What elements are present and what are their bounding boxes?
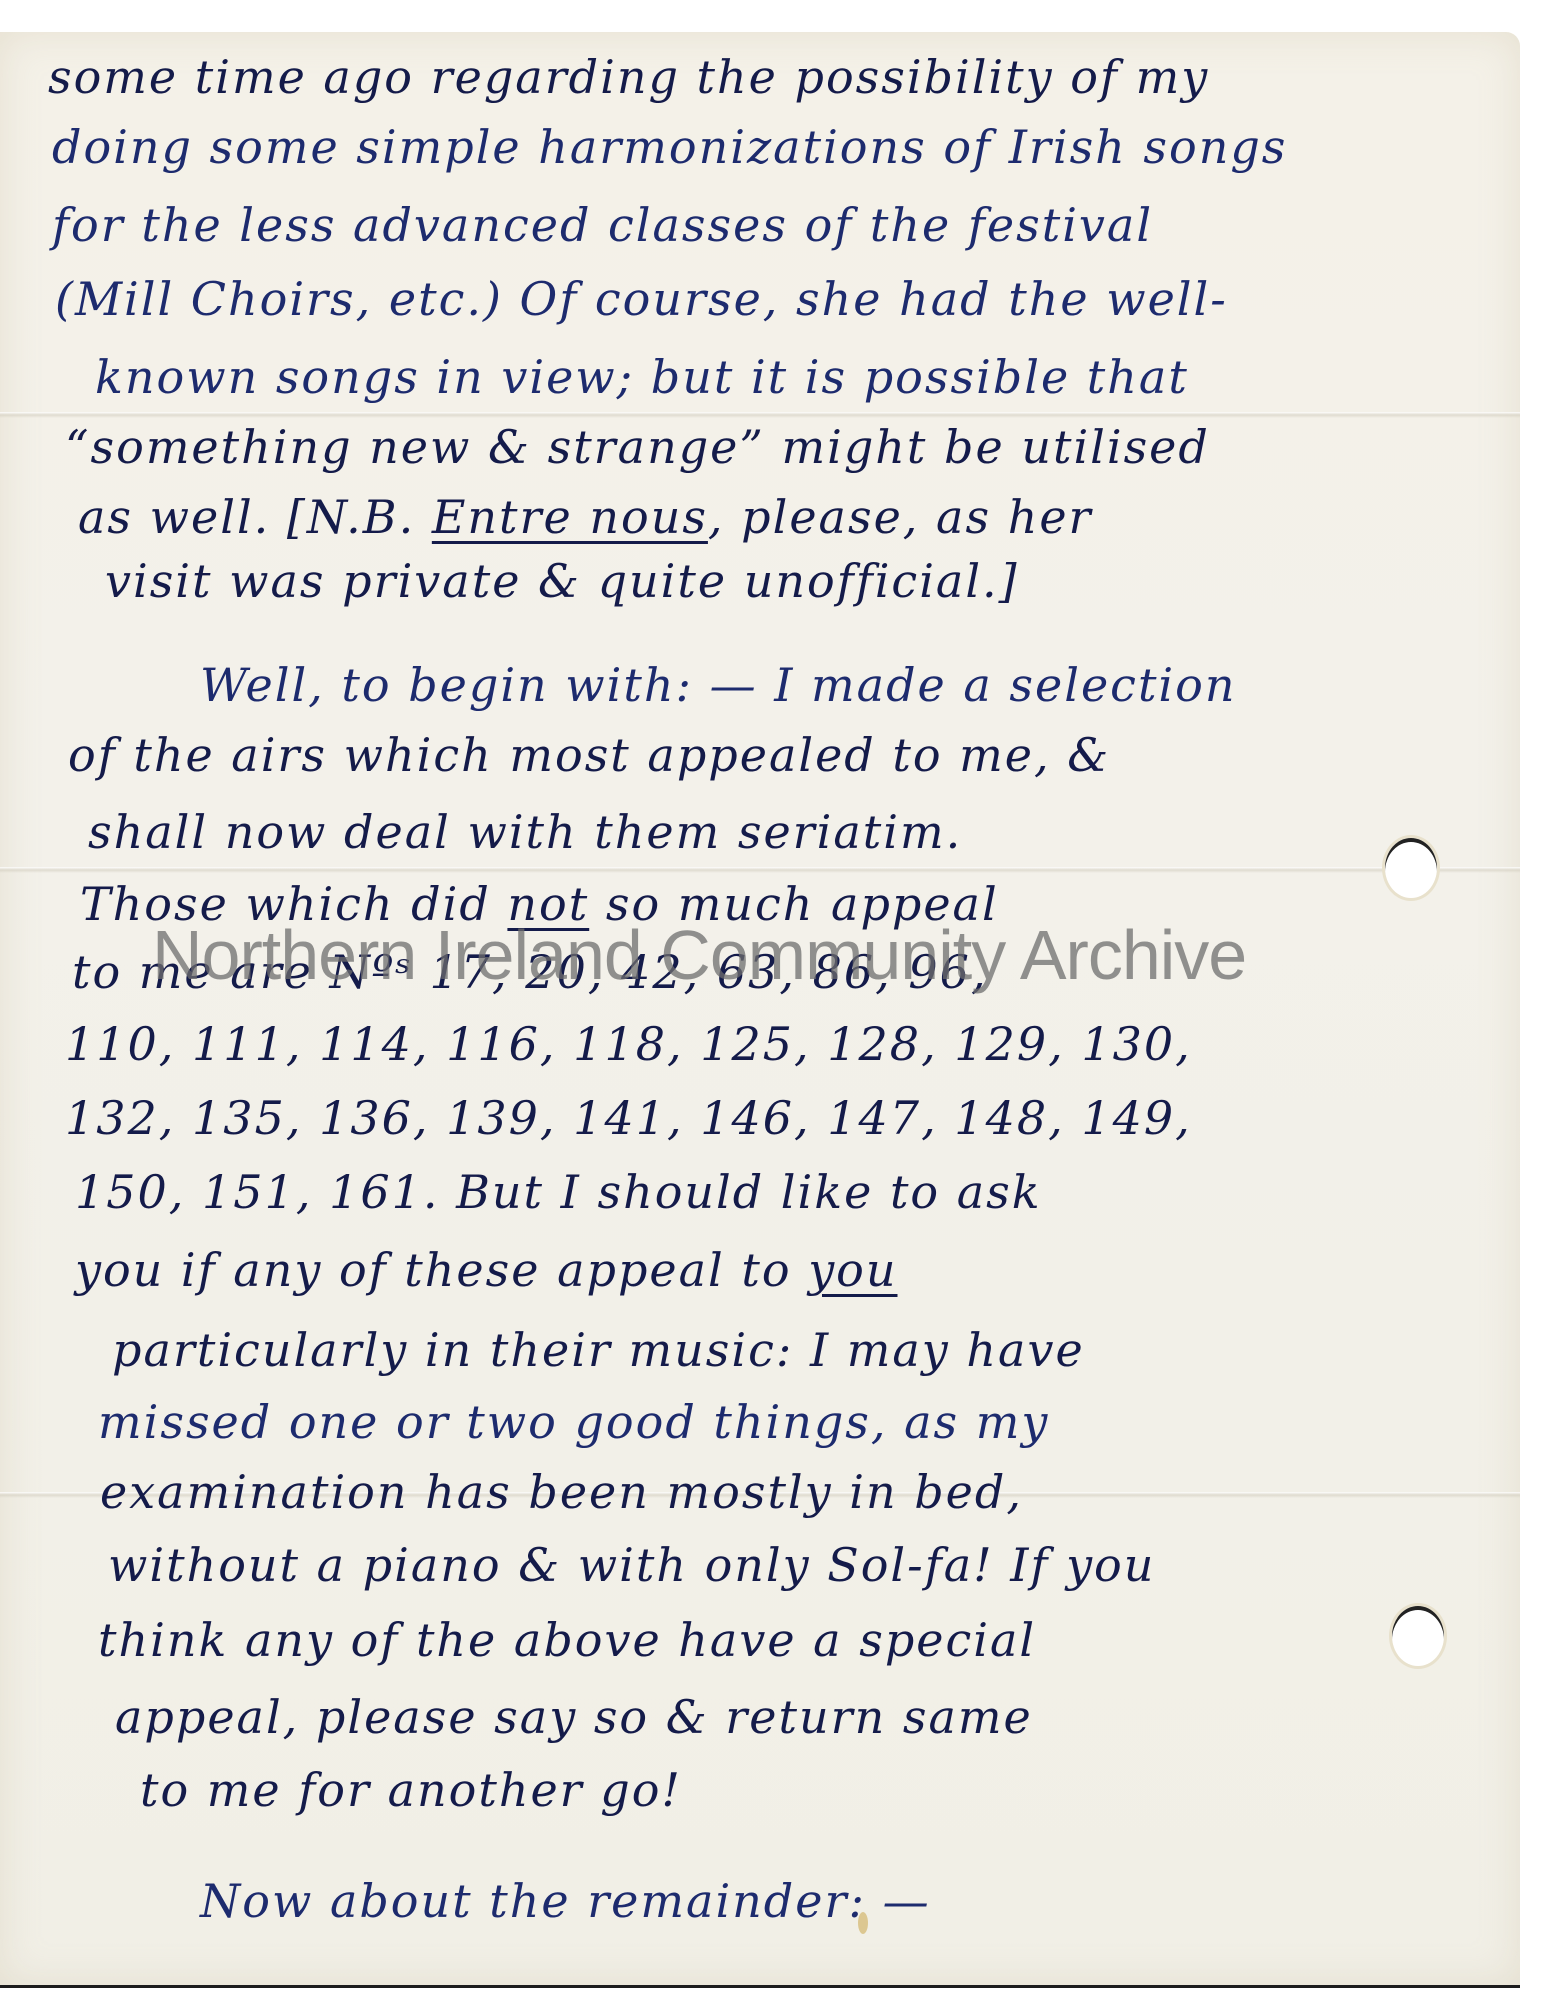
letter-line-24: to me for another go! (140, 1763, 682, 1817)
punch-hole (1385, 838, 1437, 898)
letter-line-25: Now about the remainder: — (200, 1874, 931, 1928)
letter-line-6: “something new & strange” might be utili… (65, 420, 1210, 474)
letter-line-10: of the airs which most appealed to me, & (68, 728, 1110, 782)
letter-line-5: known songs in view; but it is possible … (95, 350, 1189, 404)
letter-line-23: appeal, please say so & return same (115, 1690, 1033, 1744)
underlined-you: you (808, 1243, 897, 1297)
paper-fold-crease (0, 867, 1520, 873)
punch-hole (1392, 1606, 1444, 1666)
letter-line-15: 132, 135, 136, 139, 141, 146, 147, 148, … (65, 1091, 1192, 1145)
underlined-entre-nous: Entre nous (432, 490, 708, 544)
letter-line-9: Well, to begin with: — I made a selectio… (200, 658, 1236, 712)
letter-line-14: 110, 111, 114, 116, 118, 125, 128, 129, … (65, 1017, 1192, 1071)
letter-line-7: as well. [N.B. Entre nous, please, as he… (78, 490, 1093, 544)
letter-line-16: 150, 151, 161. But I should like to ask (75, 1165, 1042, 1219)
letter-line-18: particularly in their music: I may have (112, 1323, 1085, 1377)
paper-fold-crease (0, 412, 1520, 418)
letter-line-4: (Mill Choirs, etc.) Of course, she had t… (55, 272, 1228, 326)
letter-line-22: think any of the above have a special (98, 1613, 1036, 1667)
letter-line-11: shall now deal with them seriatim. (88, 805, 962, 859)
letter-line-20: examination has been mostly in bed, (100, 1465, 1023, 1519)
letter-line-17: you if any of these appeal to you (75, 1243, 898, 1297)
archive-watermark: Northern Ireland Community Archive (152, 915, 1382, 995)
letter-line-3: for the less advanced classes of the fes… (52, 198, 1153, 252)
letter-line-19: missed one or two good things, as my (98, 1395, 1049, 1449)
letter-line-8: visit was private & quite unofficial.] (105, 554, 1019, 608)
letter-line-1: some time ago regarding the possibility … (48, 50, 1209, 104)
letter-line-2: doing some simple harmonizations of Iris… (52, 120, 1287, 174)
letter-line-21: without a piano & with only Sol-fa! If y… (108, 1538, 1155, 1592)
